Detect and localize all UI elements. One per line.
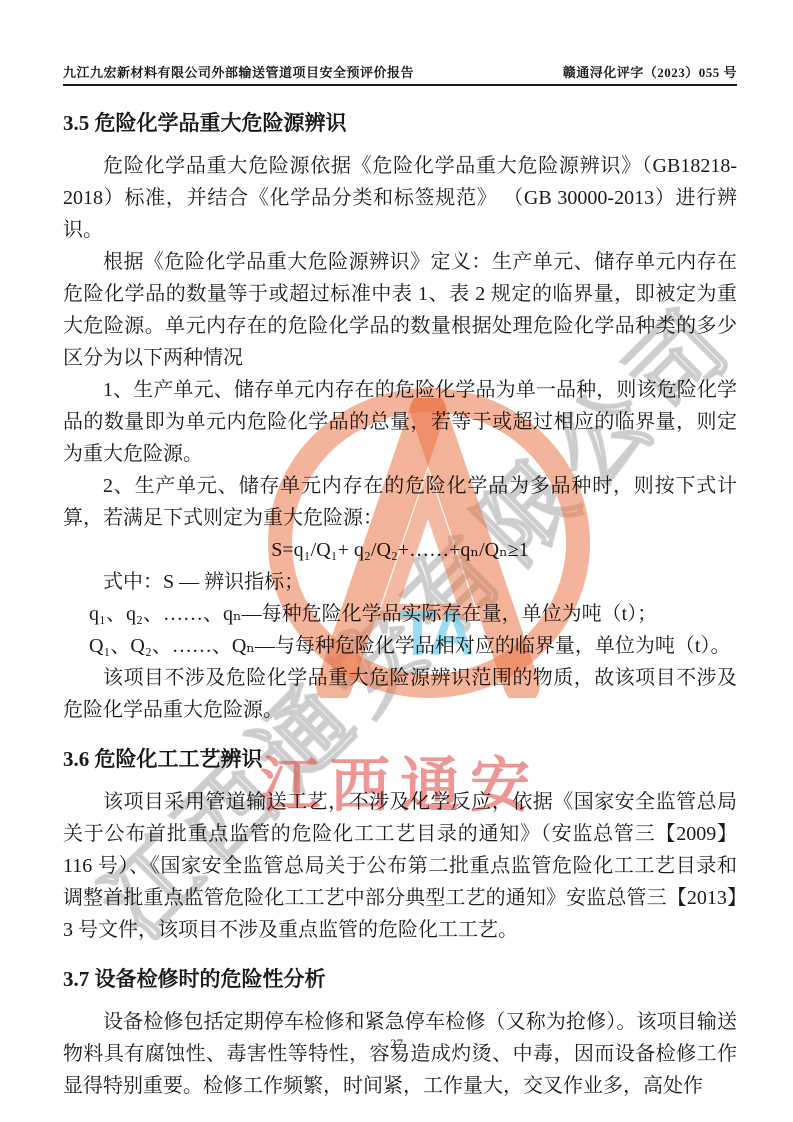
page-header: 九江九宏新材料有限公司外部输送管道项目安全预评价报告 赣通浔化评字（2023）0…	[63, 62, 737, 86]
header-doc-number: 赣通浔化评字（2023）055 号	[563, 62, 737, 81]
formula-legend-q: q₁、q₂、……、qₙ—每种危险化学品实际存在量，单位为吨（t）；	[63, 598, 737, 630]
formula-legend-s: 式中：S — 辨识指标；	[63, 566, 737, 598]
paragraph: 该项目采用管道输送工艺，不涉及化学反应，依据《国家安全监管总局关于公布首批重点监…	[63, 786, 737, 946]
paragraph: 设备检修包括定期停车检修和紧急停车检修（又称为抢修）。该项目输送物料具有腐蚀性、…	[63, 1006, 737, 1102]
paragraph: 根据《危险化学品重大危险源辨识》定义：生产单元、储存单元内存在危险化学品的数量等…	[63, 246, 737, 374]
paragraph: 危险化学品重大危险源依据《危险化学品重大危险源辨识》（GB18218-2018）…	[63, 150, 737, 246]
paragraph: 2、生产单元、储存单元内存在的危险化学品为多品种时，则按下式计算，若满足下式则定…	[63, 470, 737, 534]
paragraph: 该项目不涉及危险化学品重大危险源辨识范围的物质，故该项目不涉及危险化学品重大危险…	[63, 662, 737, 726]
page-number: 27	[0, 1036, 793, 1052]
section-heading-3-6: 3.6 危险化工工艺辨识	[63, 742, 737, 776]
section-heading-3-7: 3.7 设备检修时的危险性分析	[63, 962, 737, 996]
document-body: 3.5 危险化学品重大危险源辨识 危险化学品重大危险源依据《危险化学品重大危险源…	[63, 96, 737, 1102]
paragraph: 1、生产单元、储存单元内存在的危险化学品为单一品种，则该危险化学品的数量即为单元…	[63, 374, 737, 470]
section-heading-3-5: 3.5 危险化学品重大危险源辨识	[63, 106, 737, 140]
document-page: 九江九宏新材料有限公司外部输送管道项目安全预评价报告 赣通浔化评字（2023）0…	[0, 0, 793, 1122]
hazard-index-formula: S=q₁/Q₁+ q₂/Q₂+……+qₙ/Qₙ≥1	[63, 534, 737, 566]
formula-legend-Q: Q₁、Q₂、……、Qₙ—与每种危险化学品相对应的临界量，单位为吨（t）。	[63, 630, 737, 662]
header-report-title: 九江九宏新材料有限公司外部输送管道项目安全预评价报告	[63, 62, 414, 81]
